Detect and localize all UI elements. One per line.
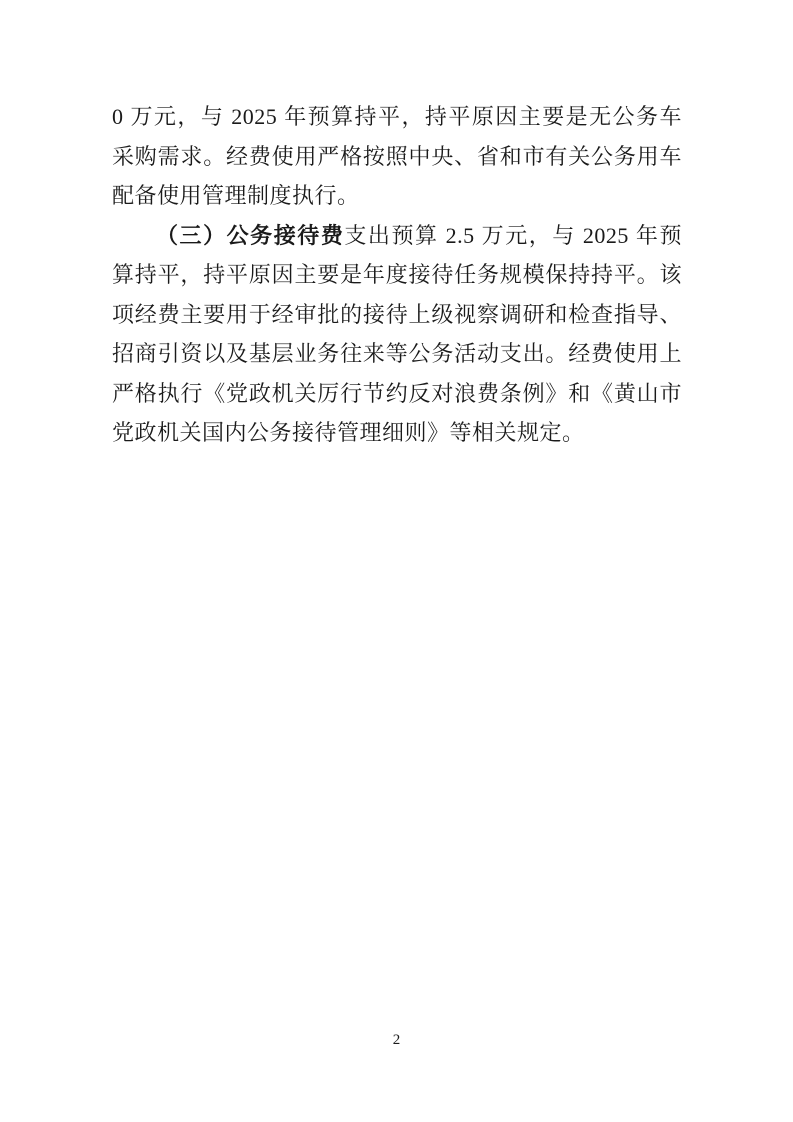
- body-paragraph-2: （三）公务接待费支出预算 2.5 万元，与 2025 年预算持平，持平原因主要是…: [112, 216, 682, 453]
- body-paragraph-1: 0 万元，与 2025 年预算持平，持平原因主要是无公务车采购需求。经费使用严格…: [112, 97, 682, 216]
- document-page: 0 万元，与 2025 年预算持平，持平原因主要是无公务车采购需求。经费使用严格…: [0, 0, 793, 1122]
- document-body: 0 万元，与 2025 年预算持平，持平原因主要是无公务车采购需求。经费使用严格…: [112, 97, 682, 453]
- paragraph-2-lead-bold: （三）公务接待费: [156, 223, 344, 248]
- page-footer: 2: [0, 1032, 793, 1049]
- page-number: 2: [393, 1032, 401, 1048]
- paragraph-2-text: 支出预算 2.5 万元，与 2025 年预算持平，持平原因主要是年度接待任务规模…: [112, 223, 682, 446]
